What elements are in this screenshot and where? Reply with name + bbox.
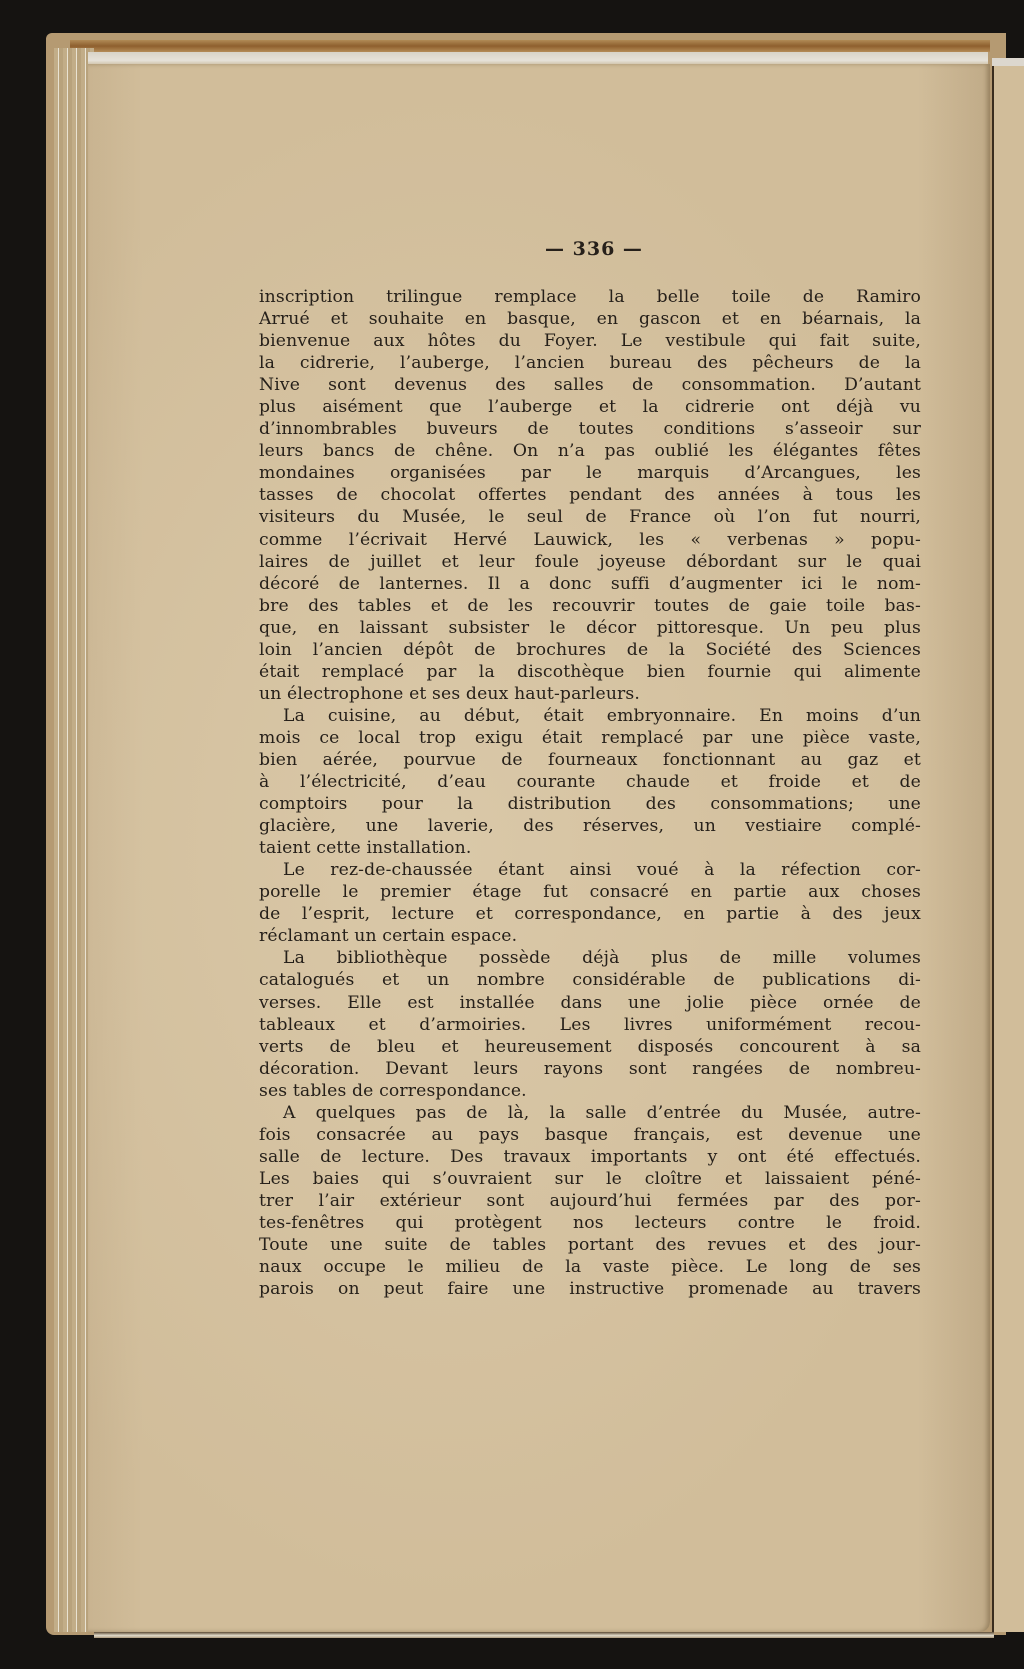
text-line: bre des tables et de les recouvrir toute…	[259, 595, 921, 617]
text-line: visiteurs du Musée, le seul de France où…	[259, 506, 921, 528]
text-line: porelle le premier étage fut consacré en…	[259, 881, 921, 903]
text-line: mondaines organisées par le marquis d’Ar…	[259, 462, 921, 484]
text-line: ses tables de correspondance.	[259, 1080, 921, 1102]
text-line: comme l’écrivait Hervé Lauwick, les « ve…	[259, 529, 921, 551]
text-line: était remplacé par la discothèque bien f…	[259, 661, 921, 683]
text-line: décoré de lanternes. Il a donc suffi d’a…	[259, 573, 921, 595]
text-line: d’innombrables buveurs de toutes conditi…	[259, 418, 921, 440]
text-line: tasses de chocolat offertes pendant des …	[259, 484, 921, 506]
text-line: loin l’ancien dépôt de brochures de la S…	[259, 639, 921, 661]
text-line: Toute une suite de tables portant des re…	[259, 1234, 921, 1256]
text-line: décoration. Devant leurs rayons sont ran…	[259, 1058, 921, 1080]
text-line: Arrué et souhaite en basque, en gascon e…	[259, 308, 921, 330]
text-line: un électrophone et ses deux haut-parleur…	[259, 683, 921, 705]
text-line: tableaux et d’armoiries. Les livres unif…	[259, 1014, 921, 1036]
page-bottom-edge	[94, 1632, 994, 1638]
text-line: A quelques pas de là, la salle d’entrée …	[259, 1102, 921, 1124]
body-text: inscription trilingue remplace la belle …	[259, 286, 921, 1300]
text-line: bien aérée, pourvue de fourneaux fonctio…	[259, 749, 921, 771]
text-line: mois ce local trop exigu était remplacé …	[259, 727, 921, 749]
text-line: parois on peut faire une instructive pro…	[259, 1278, 921, 1300]
text-line: réclamant un certain espace.	[259, 925, 921, 947]
text-line: à l’électricité, d’eau courante chaude e…	[259, 771, 921, 793]
text-line: tes-fenêtres qui protègent nos lecteurs …	[259, 1212, 921, 1234]
text-line: de l’esprit, lecture et correspondance, …	[259, 903, 921, 925]
text-line: trer l’air extérieur sont aujourd’hui fe…	[259, 1190, 921, 1212]
text-line: salle de lecture. Des travaux importants…	[259, 1146, 921, 1168]
page-number: — 336 —	[267, 236, 921, 262]
text-line: la cidrerie, l’auberge, l’ancien bureau …	[259, 352, 921, 374]
text-line: fois consacrée au pays basque français, …	[259, 1124, 921, 1146]
next-page-sliver	[992, 66, 1024, 1632]
text-line: comptoirs pour la distribution des conso…	[259, 793, 921, 815]
text-line: La bibliothèque possède déjà plus de mil…	[259, 947, 921, 969]
text-line: leurs bancs de chêne. On n’a pas oublié …	[259, 440, 921, 462]
text-line: Nive sont devenus des salles de consomma…	[259, 374, 921, 396]
text-line: catalogués et un nombre considérable de …	[259, 969, 921, 991]
page-content: — 336 — inscription trilingue remplace l…	[259, 236, 921, 1300]
text-line: La cuisine, au début, était embryonnaire…	[259, 705, 921, 727]
text-line: plus aisément que l’auberge et la cidrer…	[259, 396, 921, 418]
text-line: Les baies qui s’ouvraient sur le cloître…	[259, 1168, 921, 1190]
text-line: verts de bleu et heureusement disposés c…	[259, 1036, 921, 1058]
text-line: glacière, une laverie, des réserves, un …	[259, 815, 921, 837]
text-line: bienvenue aux hôtes du Foyer. Le vestibu…	[259, 330, 921, 352]
text-line: laires de juillet et leur foule joyeuse …	[259, 551, 921, 573]
text-line: Le rez-de-chaussée étant ainsi voué à la…	[259, 859, 921, 881]
text-line: que, en laissant subsister le décor pitt…	[259, 617, 921, 639]
text-line: naux occupe le milieu de la vaste pièce.…	[259, 1256, 921, 1278]
text-line: inscription trilingue remplace la belle …	[259, 286, 921, 308]
text-line: taient cette installation.	[259, 837, 921, 859]
book-top-band	[70, 40, 990, 52]
text-line: verses. Elle est installée dans une joli…	[259, 992, 921, 1014]
